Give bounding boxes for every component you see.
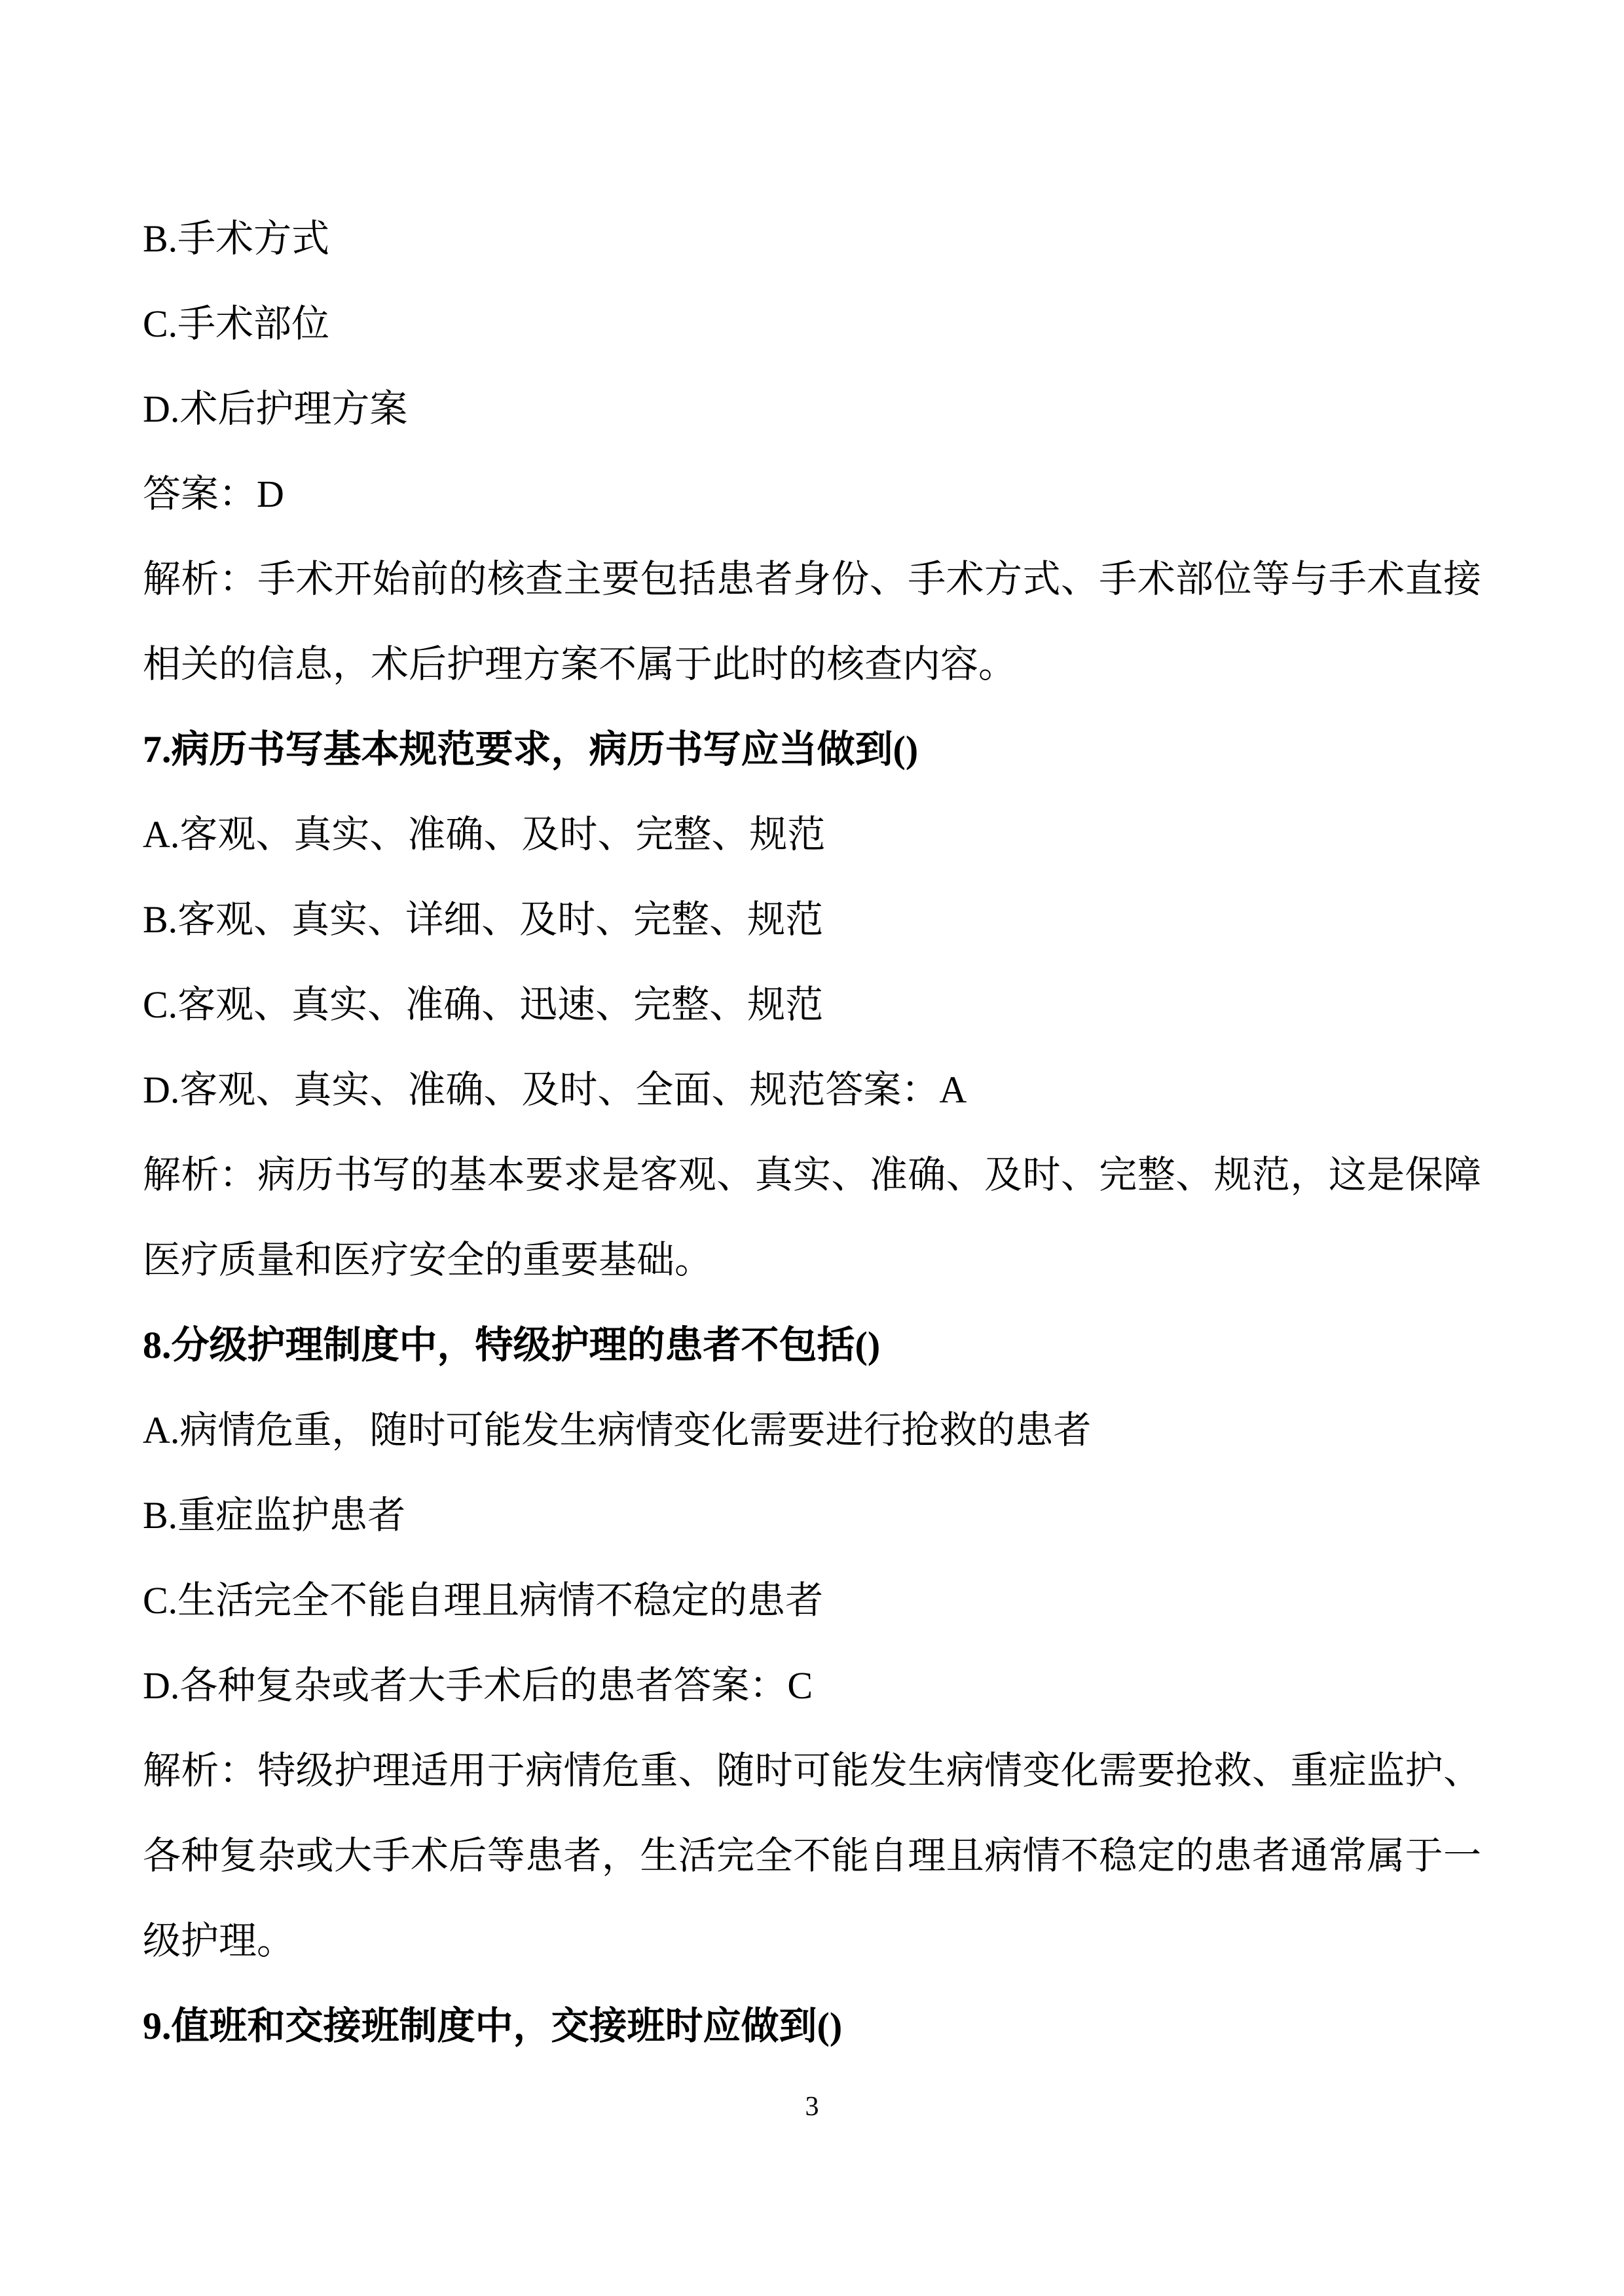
text-line: A.病情危重，随时可能发生病情变化需要进行抢救的患者	[143, 1388, 1481, 1473]
page-content: B.手术方式C.手术部位D.术后护理方案答案：D解析：手术开始前的核查主要包括患…	[143, 196, 1481, 2069]
text-line: D.客观、真实、准确、及时、全面、规范答案：A	[143, 1048, 1481, 1133]
text-line: 解析：病历书写的基本要求是客观、真实、准确、及时、完整、规范，这是保障	[143, 1133, 1481, 1218]
text-line: 级护理。	[143, 1899, 1481, 1984]
document-page: B.手术方式C.手术部位D.术后护理方案答案：D解析：手术开始前的核查主要包括患…	[0, 0, 1624, 2296]
text-line: 各种复杂或大手术后等患者，生活完全不能自理且病情不稳定的患者通常属于一	[143, 1813, 1481, 1899]
text-line: B.客观、真实、详细、及时、完整、规范	[143, 877, 1481, 962]
text-line: C.手术部位	[143, 282, 1481, 367]
text-line: 相关的信息，术后护理方案不属于此时的核查内容。	[143, 622, 1481, 707]
text-line: C.客观、真实、准确、迅速、完整、规范	[143, 962, 1481, 1048]
text-line: 答案：D	[143, 452, 1481, 537]
text-line: 解析：手术开始前的核查主要包括患者身份、手术方式、手术部位等与手术直接	[143, 537, 1481, 622]
text-line: B.手术方式	[143, 196, 1481, 282]
page-number: 3	[0, 2086, 1624, 2128]
text-line: C.生活完全不能自理且病情不稳定的患者	[143, 1558, 1481, 1643]
question-title-line: 9.值班和交接班制度中，交接班时应做到()	[143, 1984, 1481, 2069]
text-line: D.术后护理方案	[143, 367, 1481, 452]
text-line: A.客观、真实、准确、及时、完整、规范	[143, 792, 1481, 877]
question-title-line: 8.分级护理制度中，特级护理的患者不包括()	[143, 1303, 1481, 1388]
question-title-line: 7.病历书写基本规范要求，病历书写应当做到()	[143, 707, 1481, 792]
text-line: D.各种复杂或者大手术后的患者答案：C	[143, 1643, 1481, 1728]
text-line: 解析：特级护理适用于病情危重、随时可能发生病情变化需要抢救、重症监护、	[143, 1728, 1481, 1813]
text-line: B.重症监护患者	[143, 1473, 1481, 1558]
text-line: 医疗质量和医疗安全的重要基础。	[143, 1218, 1481, 1303]
